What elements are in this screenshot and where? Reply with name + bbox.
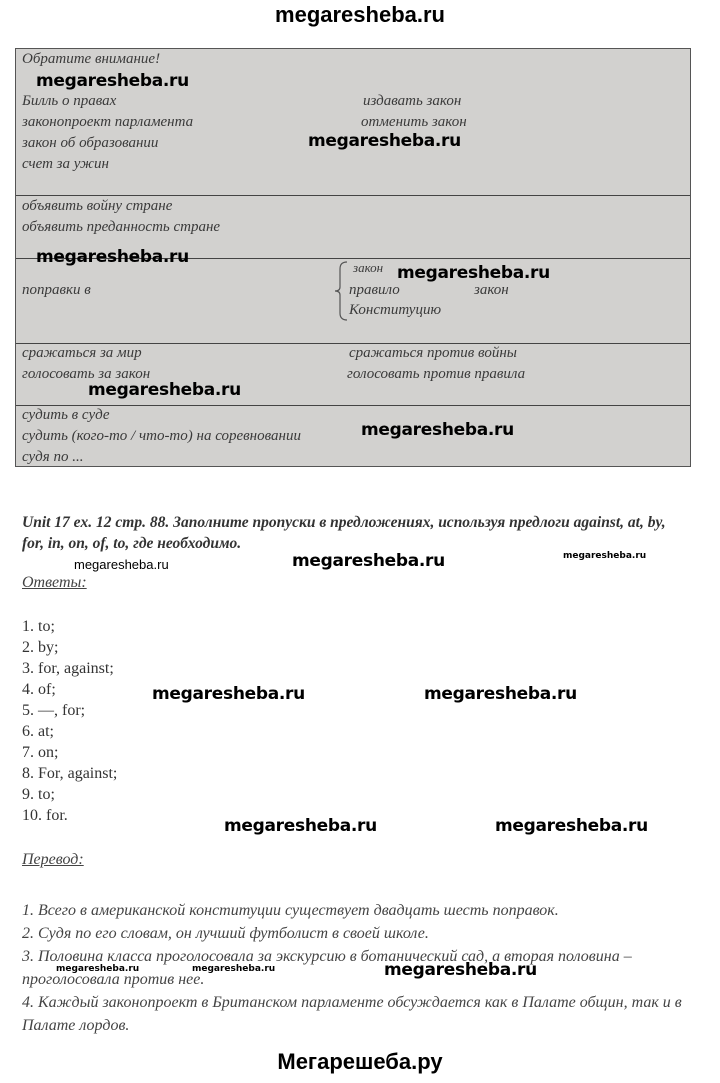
vocab-item: издавать закон: [363, 93, 461, 110]
table-divider: [16, 405, 690, 406]
vocab-option: Конституцию: [349, 302, 441, 319]
answer-item: 7. on;: [22, 742, 117, 763]
watermark: megaresheba.ru: [36, 247, 189, 267]
translation-item: 2. Судя по его словам, он лучший футболи…: [22, 922, 682, 945]
answer-item: 8. For, against;: [22, 763, 117, 784]
answer-item: 2. by;: [22, 637, 117, 658]
vocab-item: судить в суде: [22, 407, 110, 424]
watermark: megaresheba.ru: [152, 684, 305, 704]
curly-brace-icon: [334, 261, 348, 321]
watermark: megaresheba.ru: [88, 380, 241, 400]
watermark: megaresheba.ru: [361, 420, 514, 440]
watermark: megaresheba.ru: [74, 557, 169, 572]
translation-item: 4. Каждый законопроект в Британском парл…: [22, 991, 682, 1037]
site-footer-title: Мегарешеба.ру: [0, 1049, 720, 1075]
watermark: megaresheba.ru: [563, 551, 646, 561]
answer-item: 5. —, for;: [22, 700, 117, 721]
watermark: megaresheba.ru: [495, 816, 648, 836]
watermark: megaresheba.ru: [224, 816, 377, 836]
vocab-item: законопроект парламента: [22, 114, 193, 131]
vocab-item: счет за ужин: [22, 156, 109, 173]
vocab-option: закон: [474, 282, 509, 299]
watermark: megaresheba.ru: [56, 964, 139, 974]
answer-item: 4. of;: [22, 679, 117, 700]
vocab-option: правило: [349, 282, 400, 299]
vocab-item: судить (кого-то / что-то) на соревновани…: [22, 428, 301, 445]
watermark: megaresheba.ru: [397, 263, 550, 283]
attention-note: Обратите внимание!: [22, 51, 160, 68]
vocab-item: судя по ...: [22, 449, 83, 466]
table-divider: [16, 343, 690, 344]
watermark: megaresheba.ru: [292, 551, 445, 571]
answer-item: 3. for, against;: [22, 658, 117, 679]
answers-label: Ответы:: [22, 574, 87, 592]
task-heading: Unit 17 ex. 12 стр. 88. Заполните пропус…: [22, 512, 682, 554]
vocab-item: сражаться за мир: [22, 345, 142, 362]
answer-item: 6. at;: [22, 721, 117, 742]
watermark: megaresheba.ru: [36, 71, 189, 91]
watermark: megaresheba.ru: [384, 960, 537, 980]
answers-list: 1. to; 2. by; 3. for, against; 4. of; 5.…: [22, 616, 117, 826]
translation-item: 1. Всего в американской конституции суще…: [22, 899, 682, 922]
vocab-option: закон: [353, 260, 383, 276]
watermark: megaresheba.ru: [424, 684, 577, 704]
vocab-item: отменить закон: [361, 114, 467, 131]
answer-item: 1. to;: [22, 616, 117, 637]
vocab-item: объявить войну стране: [22, 198, 172, 215]
site-header-title: megaresheba.ru: [0, 2, 720, 28]
table-divider: [16, 195, 690, 196]
vocab-item: сражаться против войны: [349, 345, 517, 362]
vocab-item: Билль о правах: [22, 93, 116, 110]
answer-item: 9. to;: [22, 784, 117, 805]
vocab-item: объявить преданность стране: [22, 219, 220, 236]
answer-item: 10. for.: [22, 805, 117, 826]
vocab-item: голосовать против правила: [347, 366, 525, 383]
vocab-label: поправки в: [22, 282, 91, 299]
vocab-item: закон об образовании: [22, 135, 158, 152]
translation-label: Перевод:: [22, 851, 84, 869]
watermark: megaresheba.ru: [192, 964, 275, 974]
watermark: megaresheba.ru: [308, 131, 461, 151]
